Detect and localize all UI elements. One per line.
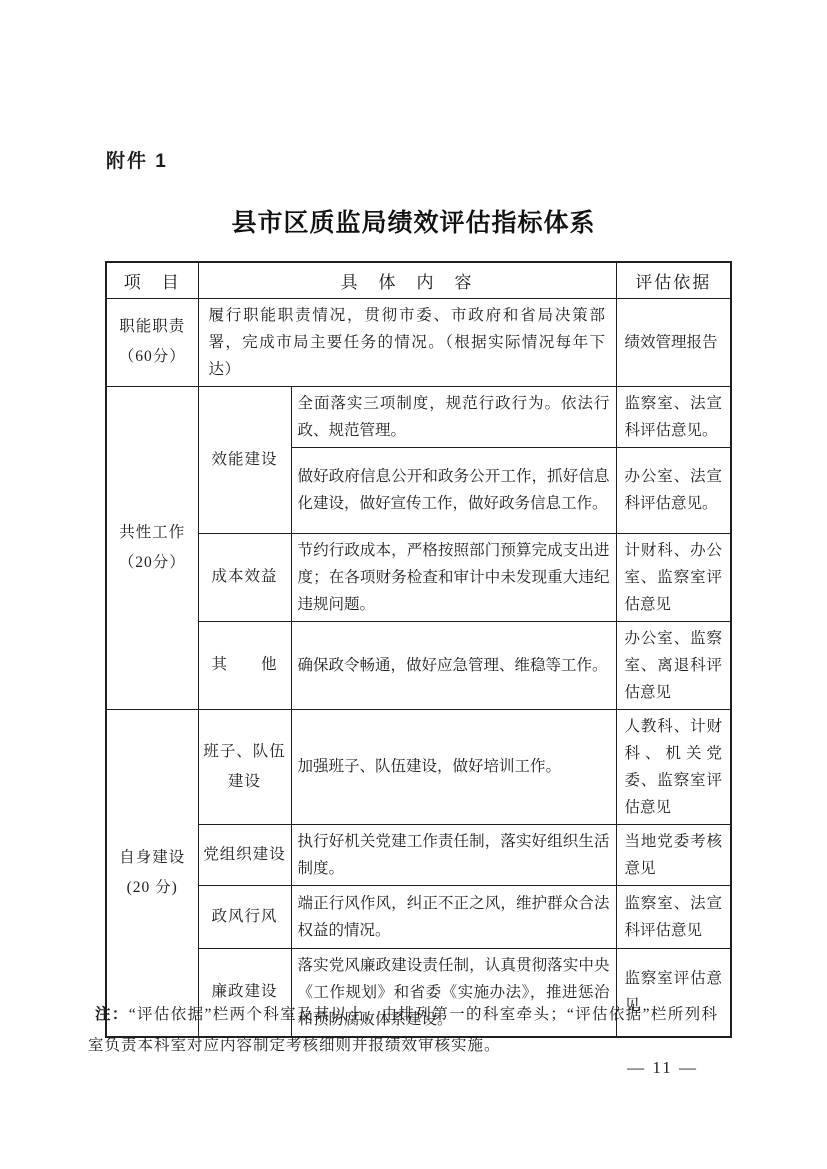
basis-cell: 办公室、监察室、离退科评估意见 — [616, 621, 731, 709]
table-row: 成本效益 节约行政成本，严格按照部门预算完成支出进度；在各项财务检查和审计中未发… — [106, 533, 731, 621]
content-cell: 做好政府信息公开和政务公开工作，抓好信息化建设，做好宣传工作，做好政务信息工作。 — [291, 447, 616, 533]
table-row: 党组织建设 执行好机关党建工作责任制，落实好组织生活制度。 当地党委考核意见 — [106, 824, 731, 885]
sub-category-cell: 班子、队伍 建设 — [198, 709, 291, 824]
content-cell: 加强班子、队伍建设，做好培训工作。 — [291, 709, 616, 824]
basis-cell: 监察室、法宣科评估意见 — [616, 885, 731, 948]
table-row: 自身建设 (20 分) 班子、队伍 建设 加强班子、队伍建设，做好培训工作。 人… — [106, 709, 731, 824]
indicator-table: 项 目 具 体 内 容 评估依据 职能职责 （60分） 履行职能职责情况，贯彻市… — [105, 261, 732, 1038]
content-cell: 节约行政成本，严格按照部门预算完成支出进度；在各项财务检查和审计中未发现重大违纪… — [291, 533, 616, 621]
header-content: 具 体 内 容 — [198, 262, 616, 298]
table-row: 共性工作 （20分） 效能建设 全面落实三项制度，规范行政行为。依法行政、规范管… — [106, 386, 731, 447]
basis-cell: 计财科、办公室、监察室评估意见 — [616, 533, 731, 621]
attachment-label: 附件 1 — [106, 146, 168, 173]
note: 注：“评估依据”栏两个科室及其以上，由排列第一的科室牵头；“评估依据”栏所列科室… — [88, 999, 718, 1061]
category-cell: 共性工作 （20分） — [106, 386, 198, 709]
basis-cell: 当地党委考核意见 — [616, 824, 731, 885]
sub-category-cell: 党组织建设 — [198, 824, 291, 885]
table-header-row: 项 目 具 体 内 容 评估依据 — [106, 262, 731, 298]
basis-cell: 办公室、法宣科评估意见。 — [616, 447, 731, 533]
sub-category-cell: 成本效益 — [198, 533, 291, 621]
header-item: 项 目 — [106, 262, 198, 298]
page-number: — 11 — — [627, 1058, 698, 1078]
table-row: 职能职责 （60分） 履行职能职责情况，贯彻市委、市政府和省局决策部署，完成市局… — [106, 298, 731, 386]
content-cell: 执行好机关党建工作责任制，落实好组织生活制度。 — [291, 824, 616, 885]
note-label: 注： — [95, 1006, 129, 1023]
table-row: 其 他 确保政令畅通，做好应急管理、维稳等工作。 办公室、监察室、离退科评估意见 — [106, 621, 731, 709]
note-text: “评估依据”栏两个科室及其以上，由排列第一的科室牵头；“评估依据”栏所列科室负责… — [88, 1006, 718, 1054]
content-cell: 履行职能职责情况，贯彻市委、市政府和省局决策部署，完成市局主要任务的情况。（根据… — [198, 298, 616, 386]
category-cell: 职能职责 （60分） — [106, 298, 198, 386]
basis-cell: 监察室、法宣科评估意见。 — [616, 386, 731, 447]
table-row: 政风行风 端正行风作风，纠正不正之风，维护群众合法权益的情况。 监察室、法宣科评… — [106, 885, 731, 948]
category-cell: 自身建设 (20 分) — [106, 709, 198, 1037]
header-basis: 评估依据 — [616, 262, 731, 298]
sub-category-cell: 其 他 — [198, 621, 291, 709]
content-cell: 端正行风作风，纠正不正之风，维护群众合法权益的情况。 — [291, 885, 616, 948]
basis-cell: 人教科、计财科、机关党委、监察室评估意见 — [616, 709, 731, 824]
sub-category-cell: 效能建设 — [198, 386, 291, 533]
document-title: 县市区质监局绩效评估指标体系 — [0, 203, 827, 239]
basis-cell: 绩效管理报告 — [616, 298, 731, 386]
sub-category-cell: 政风行风 — [198, 885, 291, 948]
content-cell: 全面落实三项制度，规范行政行为。依法行政、规范管理。 — [291, 386, 616, 447]
content-cell: 确保政令畅通，做好应急管理、维稳等工作。 — [291, 621, 616, 709]
